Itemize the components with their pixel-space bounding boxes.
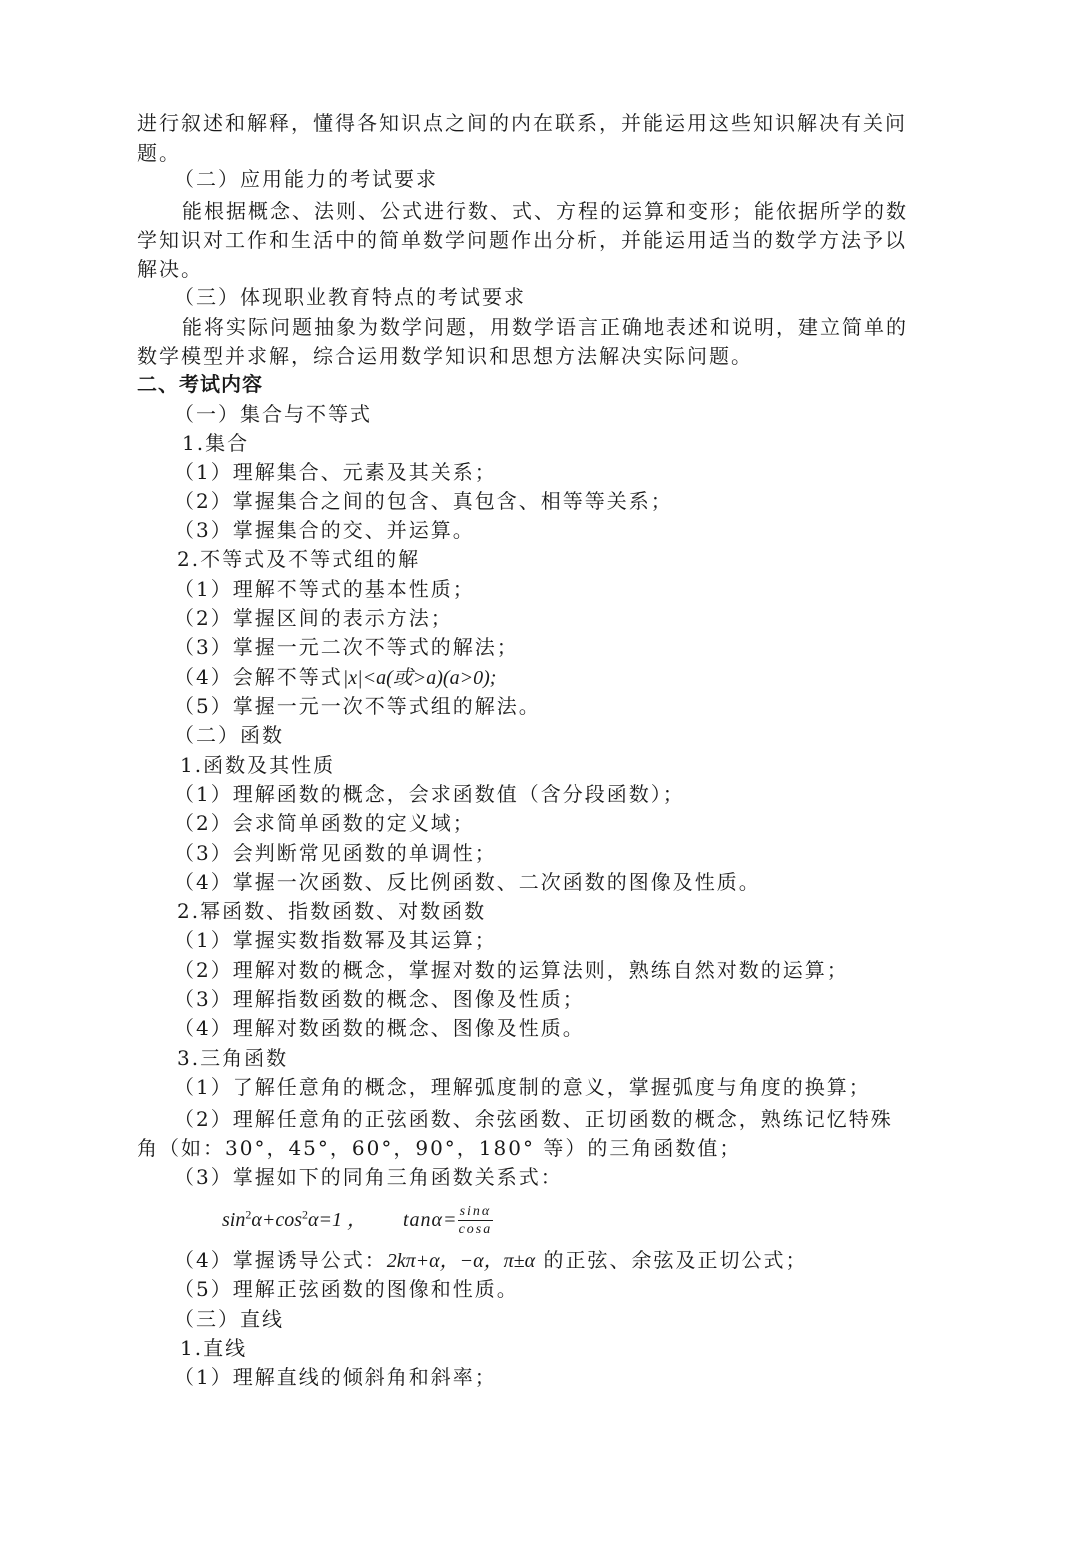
subsection-heading: （三）体现职业教育特点的考试要求: [174, 284, 526, 310]
paragraph-line: 题。: [137, 140, 181, 166]
list-item: （3）掌握集合的交、并运算。: [174, 517, 475, 543]
paragraph-line: 学知识对工作和生活中的简单数学问题作出分析，并能运用适当的数学方法予以: [137, 227, 907, 253]
list-item: （1）理解不等式的基本性质；: [174, 576, 475, 602]
list-item: （3）会判断常见函数的单调性；: [174, 840, 497, 866]
paragraph-line: 能将实际问题抽象为数学问题，用数学语言正确地表述和说明，建立简单的: [182, 314, 908, 340]
list-item: （3）理解指数函数的概念、图像及性质；: [174, 986, 585, 1012]
inequality-expression: |x|<a(或>a)(a>0);: [343, 667, 497, 689]
subsection-heading: （二）应用能力的考试要求: [174, 166, 438, 192]
list-item: （5）掌握一元一次不等式组的解法。: [174, 693, 541, 719]
list-item: （1）理解直线的倾斜角和斜率；: [174, 1364, 497, 1390]
list-item: （1）掌握实数指数幂及其运算；: [174, 927, 497, 953]
topic-heading: 1.直线: [180, 1335, 247, 1361]
list-item: （4）理解对数函数的概念、图像及性质。: [174, 1015, 585, 1041]
list-item-text: （4）会解不等式: [174, 665, 343, 689]
paragraph-line: 能根据概念、法则、公式进行数、式、方程的运算和变形；能依据所学的数: [182, 198, 908, 224]
list-item: （2）掌握集合之间的包含、真包含、相等等关系；: [174, 488, 673, 514]
section-heading: 二、考试内容: [137, 371, 263, 397]
list-item: （4）掌握一次函数、反比例函数、二次函数的图像及性质。: [174, 869, 761, 895]
list-item: （2）理解任意角的正弦函数、余弦函数、正切函数的概念，熟练记忆特殊: [174, 1106, 893, 1132]
topic-heading: 3.三角函数: [177, 1045, 288, 1071]
trig-identity-formula: sin2α+cos2α=1 ， tanα=sinαcosa: [222, 1203, 493, 1239]
paragraph-line: 解决。: [137, 256, 203, 282]
subsection-heading: （二）函数: [174, 722, 284, 748]
topic-heading: 1.集合: [182, 430, 249, 456]
list-item: （4）掌握诱导公式：2kπ+α，−α，π±α 的正弦、余弦及正切公式；: [174, 1247, 807, 1274]
list-item: （2）理解对数的概念，掌握对数的运算法则，熟练自然对数的运算；: [174, 957, 849, 983]
list-item: （1）理解函数的概念，会求函数值（含分段函数）；: [174, 781, 685, 807]
topic-heading: 1.函数及其性质: [180, 752, 335, 778]
list-item: （4）会解不等式|x|<a(或>a)(a>0);: [174, 664, 496, 691]
topic-heading: 2.幂函数、指数函数、对数函数: [177, 898, 486, 924]
document-page: 进行叙述和解释，懂得各知识点之间的内在联系，并能运用这些知识解决有关问 题。 （…: [0, 0, 1080, 1551]
tan-formula-lhs: tanα=: [403, 1209, 458, 1231]
list-item: （5）理解正弦函数的图像和性质。: [174, 1276, 519, 1302]
subsection-heading: （三）直线: [174, 1306, 284, 1332]
paragraph-line: 进行叙述和解释，懂得各知识点之间的内在联系，并能运用这些知识解决有关问: [137, 110, 907, 136]
topic-heading: 2.不等式及不等式组的解: [177, 546, 420, 572]
list-item-continuation: 角（如：30°，45°，60°，90°，180° 等）的三角函数值；: [137, 1135, 741, 1161]
subsection-heading: （一）集合与不等式: [174, 401, 372, 427]
tan-fraction: sinαcosa: [458, 1204, 494, 1239]
list-item: （3）掌握如下的同角三角函数关系式：: [174, 1164, 563, 1190]
list-item: （2）会求简单函数的定义域；: [174, 810, 475, 836]
list-item: （1）理解集合、元素及其关系；: [174, 459, 497, 485]
list-item: （1）了解任意角的概念，理解弧度制的意义，掌握弧度与角度的换算；: [174, 1074, 871, 1100]
list-item: （3）掌握一元二次不等式的解法；: [174, 634, 519, 660]
induction-formula: 2kπ+α，−α，π±α: [387, 1250, 535, 1272]
list-item: （2）掌握区间的表示方法；: [174, 605, 453, 631]
paragraph-line: 数学模型并求解，综合运用数学知识和思想方法解决实际问题。: [137, 343, 753, 369]
